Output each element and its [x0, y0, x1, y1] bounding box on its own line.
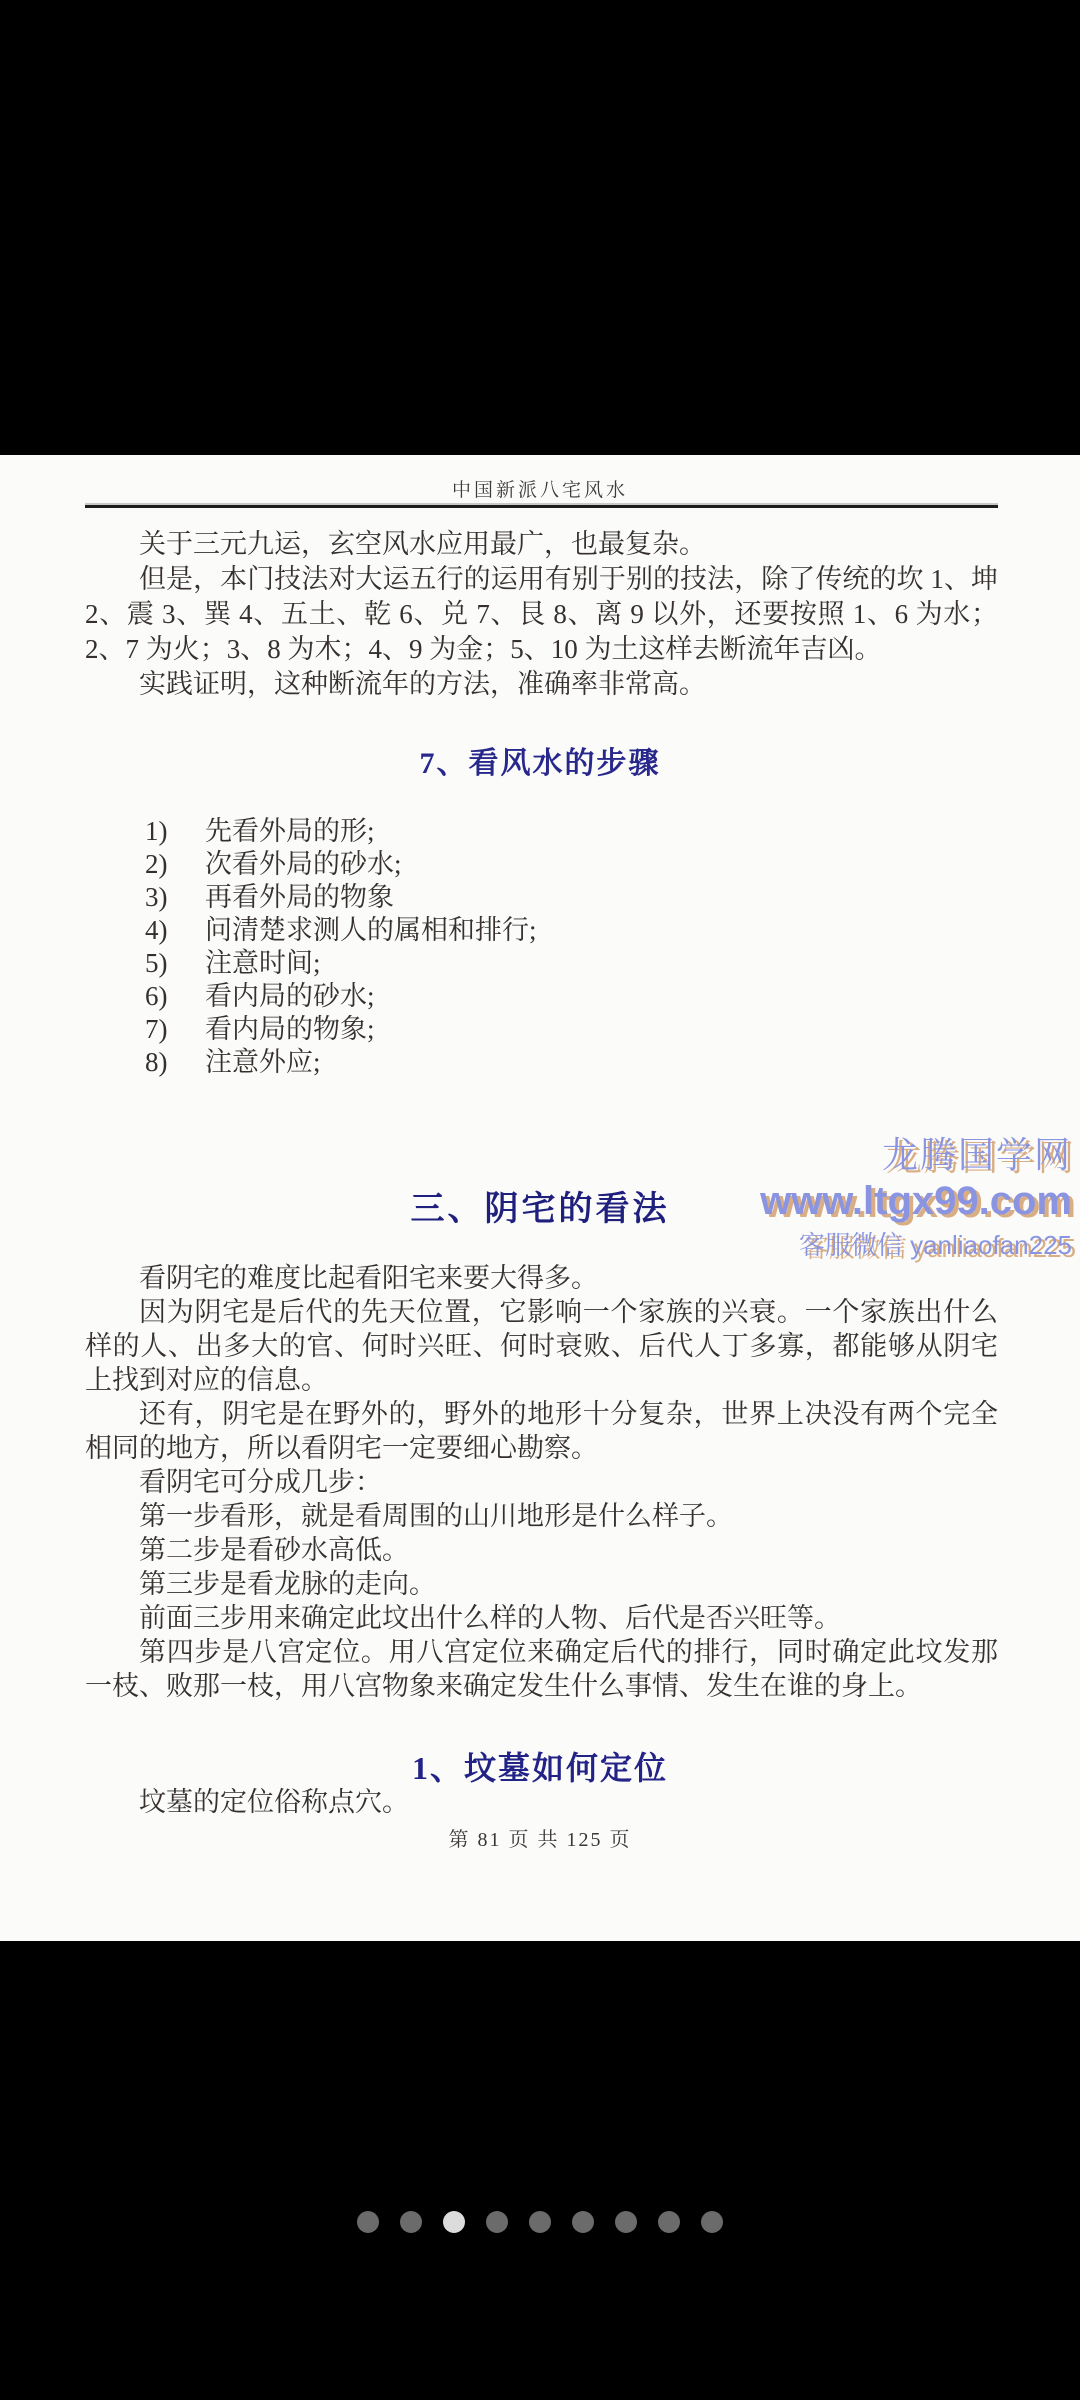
paragraph: 还有，阴宅是在野外的，野外的地形十分复杂，世界上决没有两个完全相同的地方，所以看…	[85, 1397, 998, 1465]
paragraph: 因为阴宅是后代的先天位置，它影响一个家族的兴衰。一个家族出什么样的人、出多大的官…	[85, 1295, 998, 1397]
list-item-text: 再看外局的物象	[205, 881, 998, 914]
section-heading-tomb: 1、坟墓如何定位	[0, 1743, 1080, 1789]
list-item-text: 次看外局的砂水;	[205, 848, 998, 881]
list-item-number: 4)	[145, 914, 205, 947]
list-item-number: 5)	[145, 947, 205, 980]
list-item: 2) 次看外局的砂水;	[85, 848, 998, 881]
pagination-dots[interactable]	[0, 2211, 1080, 2233]
list-item: 3) 再看外局的物象	[85, 881, 998, 914]
page-dot-9[interactable]	[701, 2211, 723, 2233]
page-dot-3[interactable]	[443, 2211, 465, 2233]
paragraph: 关于三元九运，玄空风水应用最广，也最复杂。	[85, 527, 998, 562]
page-dot-4[interactable]	[486, 2211, 508, 2233]
list-item: 7) 看内局的物象;	[85, 1013, 998, 1046]
paragraph: 看阴宅的难度比起看阳宅来要大得多。	[85, 1261, 998, 1295]
paragraph: 前面三步用来确定此坟出什么样的人物、后代是否兴旺等。	[85, 1601, 998, 1635]
list-item: 4) 问清楚求测人的属相和排行;	[85, 914, 998, 947]
list-item-number: 7)	[145, 1013, 205, 1046]
paragraph: 实践证明，这种断流年的方法，准确率非常高。	[85, 667, 998, 702]
steps-list: 1) 先看外局的形; 2) 次看外局的砂水; 3) 再看外局的物象 4) 问清楚…	[85, 815, 998, 1079]
list-item-number: 3)	[145, 881, 205, 914]
paragraph: 坟墓的定位俗称点穴。	[85, 1785, 998, 1819]
list-item-number: 1)	[145, 815, 205, 848]
phone-screen: { "doc": { "header_title": "中国新派八宅风水", "…	[0, 0, 1080, 2400]
document-header-title: 中国新派八宅风水	[0, 475, 1080, 502]
header-divider-line	[85, 505, 998, 508]
intro-paragraphs: 关于三元九运，玄空风水应用最广，也最复杂。 但是，本门技法对大运五行的运用有别于…	[85, 527, 998, 702]
list-item-number: 6)	[145, 980, 205, 1013]
list-item: 6) 看内局的砂水;	[85, 980, 998, 1013]
page-number-footer: 第 81 页 共 125 页	[0, 1823, 1080, 1852]
page-dot-2[interactable]	[400, 2211, 422, 2233]
list-item-text: 看内局的物象;	[205, 1013, 998, 1046]
document-page: 中国新派八宅风水 关于三元九运，玄空风水应用最广，也最复杂。 但是，本门技法对大…	[0, 455, 1080, 1941]
section-heading-yinzhai: 三、阴宅的看法	[0, 1181, 1080, 1230]
list-item-text: 问清楚求测人的属相和排行;	[205, 914, 998, 947]
list-item-text: 先看外局的形;	[205, 815, 998, 848]
yinzhai-paragraphs: 看阴宅的难度比起看阳宅来要大得多。 因为阴宅是后代的先天位置，它影响一个家族的兴…	[85, 1261, 998, 1703]
list-item: 8) 注意外应;	[85, 1046, 998, 1079]
paragraph: 第四步是八宫定位。用八宫定位来确定后代的排行，同时确定此坟发那一枝、败那一枝，用…	[85, 1635, 998, 1703]
list-item: 1) 先看外局的形;	[85, 815, 998, 848]
watermark-site-name: 龙腾国学网	[760, 1133, 1072, 1177]
list-item-number: 2)	[145, 848, 205, 881]
page-dot-1[interactable]	[357, 2211, 379, 2233]
tomb-paragraph: 坟墓的定位俗称点穴。	[85, 1785, 998, 1819]
paragraph: 第一步看形，就是看周围的山川地形是什么样子。	[85, 1499, 998, 1533]
page-dot-5[interactable]	[529, 2211, 551, 2233]
paragraph: 看阴宅可分成几步：	[85, 1465, 998, 1499]
watermark-wechat-contact: 客服微信 yanliaofan225	[760, 1225, 1072, 1265]
paragraph: 第二步是看砂水高低。	[85, 1533, 998, 1567]
list-item-text: 看内局的砂水;	[205, 980, 998, 1013]
section-heading-steps: 7、看风水的步骤	[0, 738, 1080, 782]
page-dot-6[interactable]	[572, 2211, 594, 2233]
page-dot-8[interactable]	[658, 2211, 680, 2233]
list-item: 5) 注意时间;	[85, 947, 998, 980]
paragraph: 第三步是看龙脉的走向。	[85, 1567, 998, 1601]
paragraph: 但是，本门技法对大运五行的运用有别于别的技法，除了传统的坎 1、坤 2、震 3、…	[85, 562, 998, 667]
list-item-text: 注意外应;	[205, 1046, 998, 1079]
list-item-number: 8)	[145, 1046, 205, 1079]
page-dot-7[interactable]	[615, 2211, 637, 2233]
list-item-text: 注意时间;	[205, 947, 998, 980]
